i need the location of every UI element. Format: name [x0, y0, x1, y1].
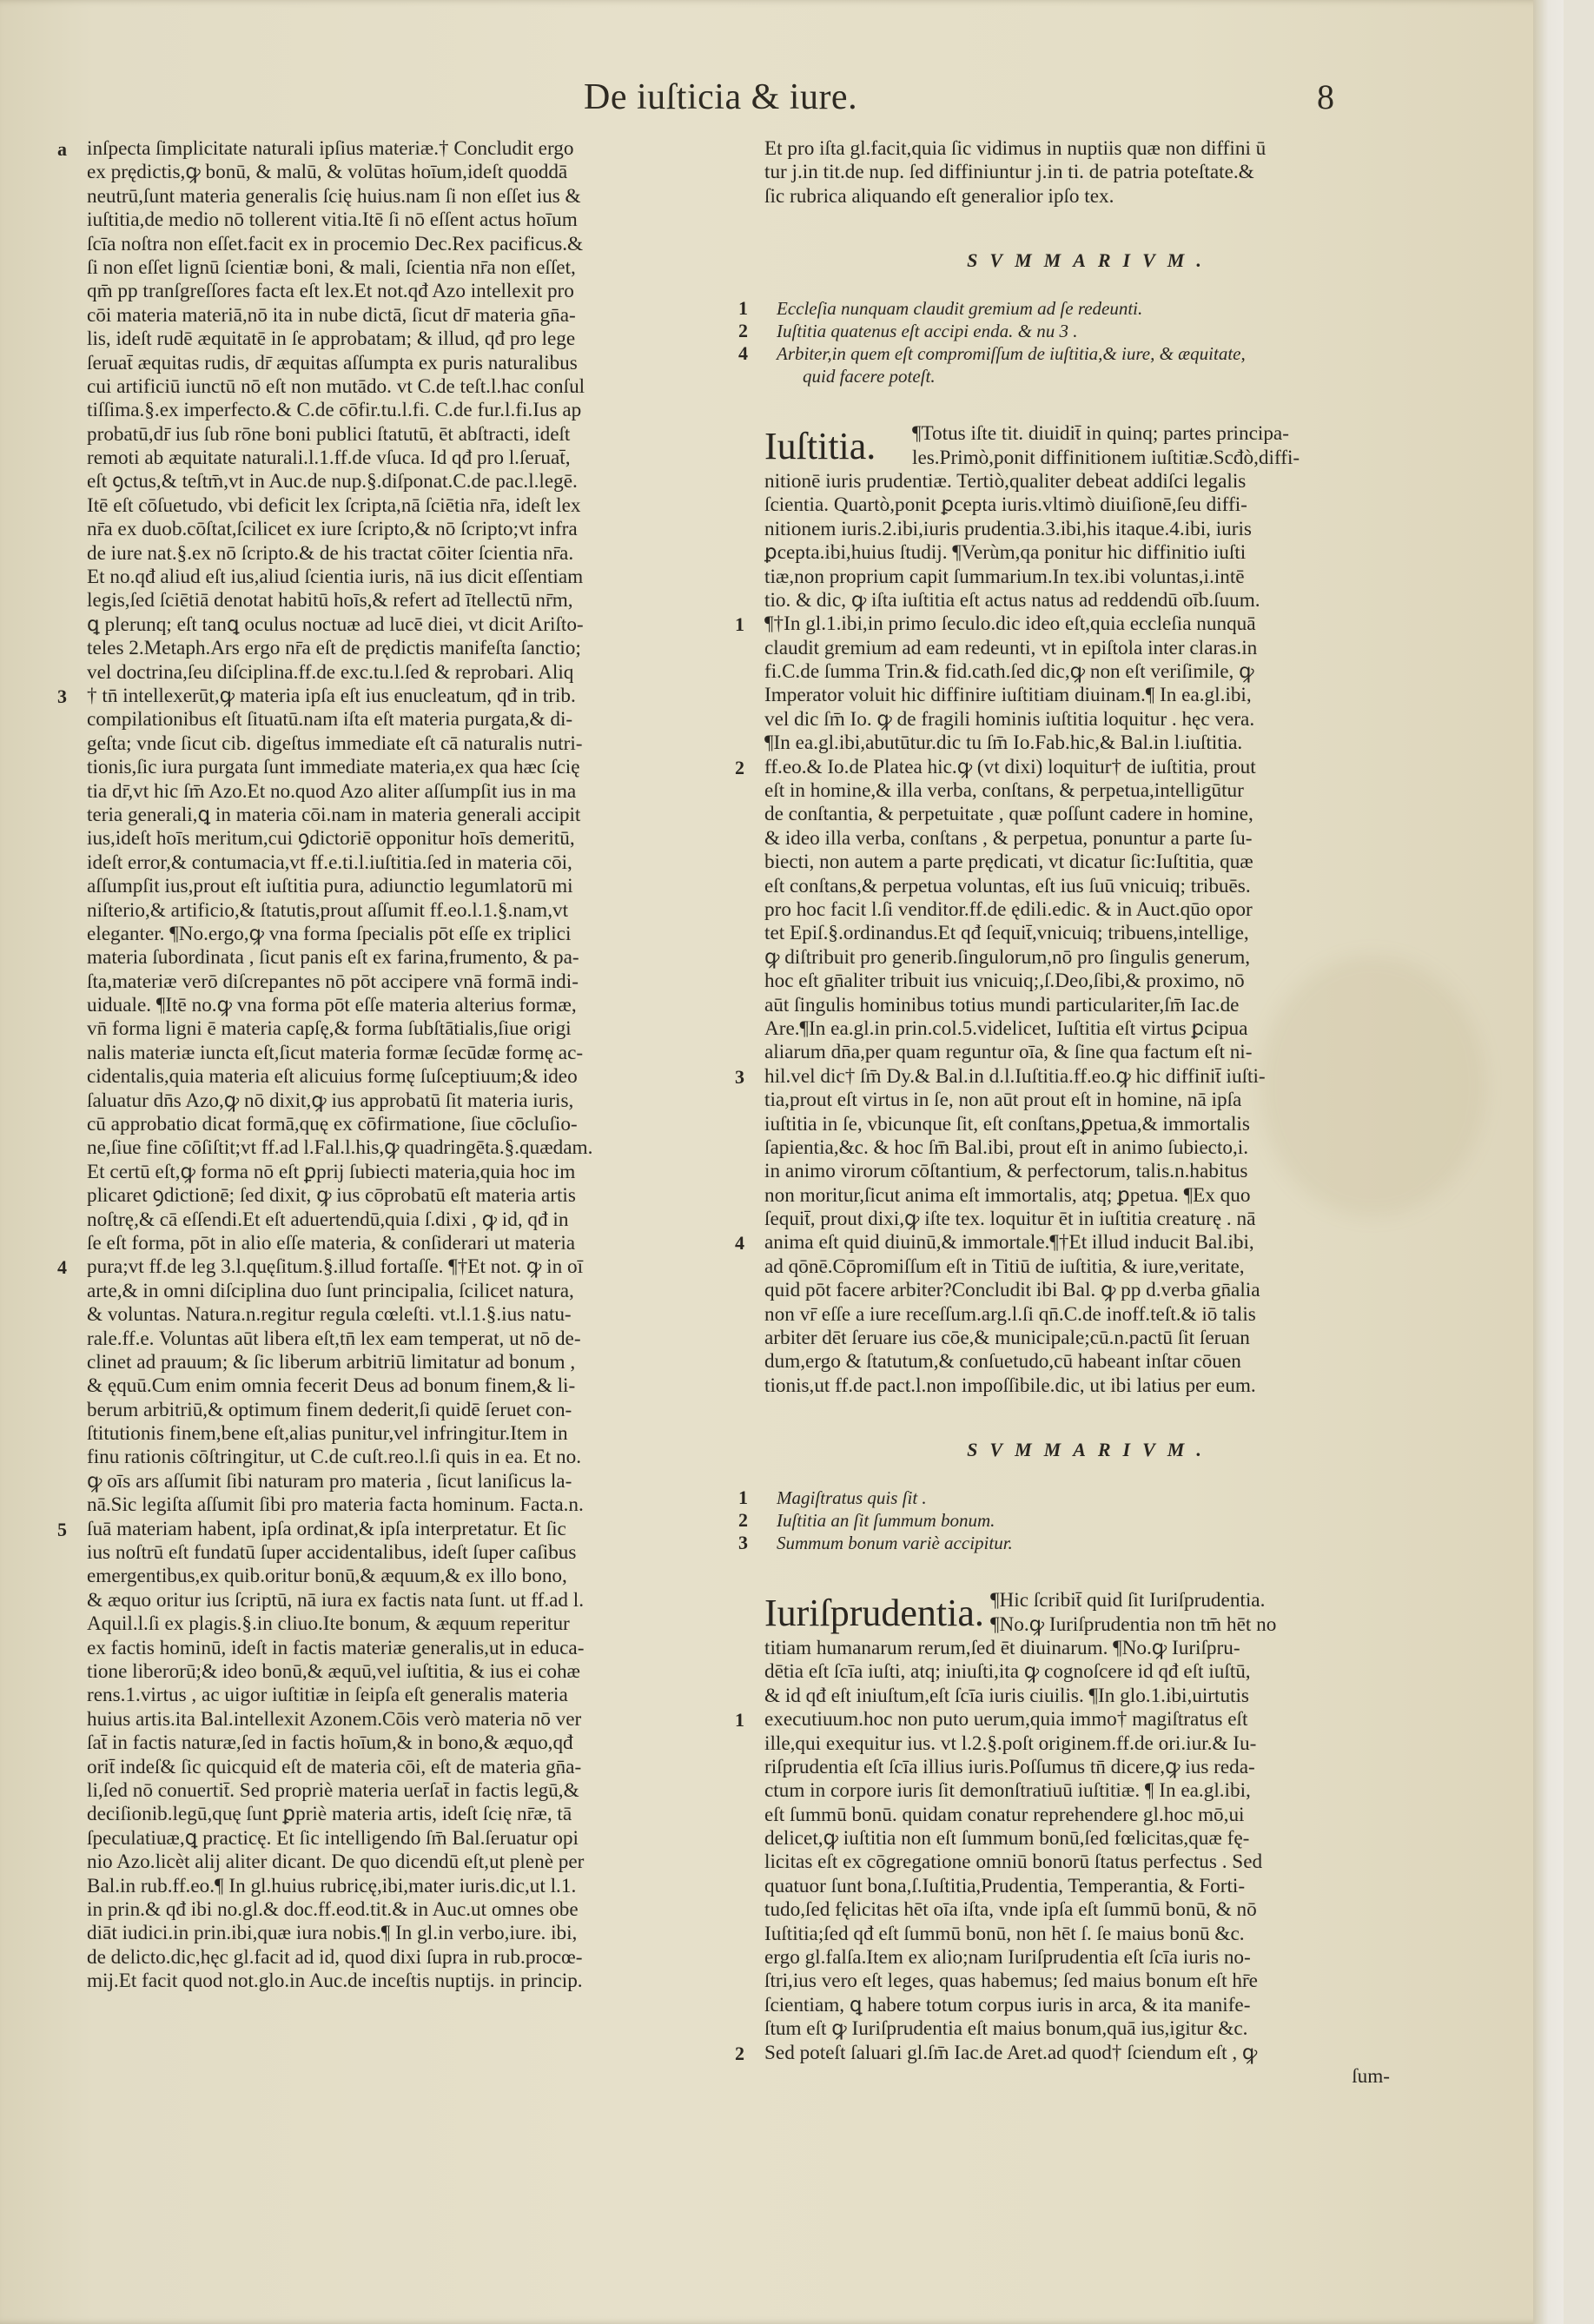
marginal-note-number: 4: [57, 1255, 67, 1279]
text-line: quid pōt facere arbiter?Concludit ibi Ba…: [764, 1279, 1399, 1302]
text-line: & ideo illa verba, conſtans , & perpetua…: [764, 827, 1399, 851]
line-text: tiæ,non proprium capit ſummarium.In tex.…: [764, 566, 1245, 588]
line-text: teria generali,ꝗ in materia cōi.nam in m…: [87, 804, 580, 826]
line-text: ex factis hominū, ideſt in factis materi…: [87, 1637, 584, 1659]
text-line: ¶Hic ſcribit̄ quid ſit Iuriſprudentia.: [990, 1589, 1399, 1612]
line-text: biecti, non autem a parte prędicati, vt …: [764, 851, 1253, 873]
text-line: nā.Sic legiſta aſſumit ſibi pro materia …: [87, 1493, 721, 1517]
line-text: eleganter. ¶No.ergo,ꝙ vna forma ſpeciali…: [87, 923, 571, 945]
summarium-items: 1Magiſtratus quis ſit .2Iuſtitia an ſit …: [764, 1486, 1399, 1554]
text-line: Et certū eſt,ꝙ forma nō eſt ꝑprij ſubiec…: [87, 1161, 721, 1184]
text-line: nitionē iuris prudentiæ. Tertiò,qualiter…: [764, 470, 1399, 493]
text-line: nr̄a ex duob.cōſtat,ſcilicet ex iure ſcr…: [87, 518, 721, 541]
line-text: dētia eſt ſcīa iuſti, atq; iniuſti,ita ꝙ…: [764, 1660, 1251, 1683]
line-text: noſtrę,& cā eſſendi.Et eſt aduertendū,qu…: [87, 1208, 568, 1231]
text-line: ſi non eſſet lignū ſcientiæ boni, & mali…: [87, 256, 721, 280]
line-text: & æquo oritur ius ſcriptū, nā iura ex fa…: [87, 1589, 584, 1612]
text-line: qm̄ pp tranſgreſſores facta eſt lex.Et n…: [87, 280, 721, 303]
folio-number: 8: [1317, 76, 1334, 117]
line-text: tia dr̄,vt hic ſm̄ Azo.Et no.quod Azo al…: [87, 780, 576, 803]
text-line: eſt ſummū bonū. quidam conatur reprehend…: [764, 1804, 1399, 1827]
line-text: ius noſtrū eſt fundatū ſuper accidentali…: [87, 1541, 576, 1564]
line-text: vel dic ſm̄ Io. ꝙ de fragili hominis iuſ…: [764, 708, 1254, 731]
line-text: † tn̄ intellexerūt,ꝙ materia ipſa eſt iu…: [87, 685, 576, 707]
line-text: ꝙ diſtribuit pro generib.ſingulorum,nō p…: [764, 946, 1250, 969]
text-line: neutrū,ſunt materia generalis ſcię huius…: [87, 185, 721, 209]
line-text: in animo virorum cōſtantium, & perfector…: [764, 1160, 1247, 1182]
line-text: clinet ad prauum; & ſic liberum arbitriū…: [87, 1351, 575, 1374]
line-text: pura;vt ff.de leg 3.l.quęſitum.§.illud f…: [87, 1255, 583, 1278]
line-text: ex prędictis,ꝙ bonū, & malū, & volūtas h…: [87, 161, 567, 183]
line-text: mij.Et facit quod not.glo.in Auc.de ince…: [87, 1970, 583, 1992]
line-text: aſſumpſit ius,prout eſt iuſtitia pura, a…: [87, 875, 573, 897]
text-line: 2Sed poteſt ſaluari gl.ſm̄ Iac.de Aret.a…: [764, 2042, 1399, 2065]
catchword: ſum-: [764, 2065, 1399, 2089]
marginal-note-number: 3: [57, 685, 67, 708]
marginal-note-number: 1: [735, 612, 744, 636]
line-text: ſtum eſt ꝙ Iuriſprudentia eſt maius bonu…: [764, 2017, 1247, 2040]
text-line: li,ſed nō conuertit̄. Sed propriè materi…: [87, 1779, 721, 1803]
text-line: tia dr̄,vt hic ſm̄ Azo.Et no.quod Azo al…: [87, 780, 721, 804]
text-line: ex factis hominū, ideſt in factis materi…: [87, 1637, 721, 1660]
text-line: 3† tn̄ intellexerūt,ꝙ materia ipſa eſt i…: [87, 685, 721, 708]
text-line: ſat̄ in factis naturæ,ſed in factis hoīu…: [87, 1731, 721, 1755]
text-line: les.Primò,ponit diffinitionem iuſtitiæ.S…: [912, 447, 1399, 470]
text-line: ius,ideſt hoīs meritum,cui ꝯdictoriē opp…: [87, 827, 721, 851]
section-iurisprudentia: Iuriſprudentia. ¶Hic ſcribit̄ quid ſit I…: [764, 1589, 1399, 2089]
text-line: ſcientia. Quartò,ponit ꝑcepta iuris.vlti…: [764, 493, 1399, 517]
text-line: teria generali,ꝗ in materia cōi.nam in m…: [87, 804, 721, 827]
text-line: claudit gremium ad eam redeunti, vt in e…: [764, 637, 1399, 660]
line-text: quid pōt facere arbiter?Concludit ibi Ba…: [764, 1279, 1260, 1301]
line-text: Sed poteſt ſaluari gl.ſm̄ Iac.de Aret.ad…: [764, 2042, 1257, 2064]
text-line: geſta; vnde ſicut cib. digeſtus immediat…: [87, 732, 721, 756]
line-text: ¶In ea.gl.ibi,abutūtur.dic tu ſm̄ Io.Fab…: [764, 732, 1242, 754]
summarium-1: SVMMARIVM. 1Eccleſia nunquam claudit gre…: [764, 243, 1399, 387]
marginal-note-number: 1: [735, 1708, 744, 1731]
text-line: rale.ff.e. Voluntas aūt libera eſt,tn̄ l…: [87, 1328, 721, 1351]
summarium-number: 3: [738, 1532, 748, 1554]
line-text: hoc eſt gn̄aliter tribuit ius vnicuiq;,ſ…: [764, 970, 1245, 992]
line-text: tia,prout eſt virtus in ſe, non aūt prou…: [764, 1089, 1241, 1111]
summarium-number: 2: [738, 320, 748, 342]
line-text: remoti ab æquitate naturali.l.1.ff.de vſ…: [87, 447, 571, 469]
text-line: Et pro iſta gl.facit,quia ſic vidimus in…: [764, 137, 1399, 161]
text-line: huius artis.ita Bal.intellexit Azonem.Cō…: [87, 1708, 721, 1731]
line-text: ¶†In gl.1.ibi,in primo ſeculo.dic ideo e…: [764, 612, 1256, 635]
text-line: licitas eſt ex cōgregatione omniū bonorū…: [764, 1851, 1399, 1874]
text-line: hoc eſt gn̄aliter tribuit ius vnicuiq;,ſ…: [764, 970, 1399, 993]
text-line: cōi materia materiā,nō ita in nube dictā…: [87, 304, 721, 328]
line-text: dum,ergo & ſtatutum,& conſuetudo,cū habe…: [764, 1350, 1241, 1373]
text-line: mij.Et facit quod not.glo.in Auc.de ince…: [87, 1970, 721, 1993]
line-text: pro hoc facit l.ſi venditor.ff.de ędili.…: [764, 898, 1253, 921]
text-line: uiduale. ¶Itē no.ꝙ vna forma pōt eſſe ma…: [87, 994, 721, 1017]
text-line: 4pura;vt ff.de leg 3.l.quęſitum.§.illud …: [87, 1255, 721, 1279]
line-text: ſequit̄, prout dixi,ꝙ iſte tex. loquitur…: [764, 1208, 1255, 1230]
line-text: ius,ideſt hoīs meritum,cui ꝯdictoriē opp…: [87, 827, 575, 850]
line-text: ideſt error,& contumacia,vt ff.e.ti.l.iu…: [87, 851, 572, 874]
text-line: niſterio,& artificio,& ſtatutis,prout aſ…: [87, 899, 721, 923]
line-text: Bal.in rub.ff.eo.¶ In gl.huius rubricę,i…: [87, 1875, 576, 1897]
line-text: Imperator voluit hic diffinire iuſtitiam…: [764, 684, 1252, 706]
line-text: legis,ſed ſciētiā denotat habitū hoīs,& …: [87, 589, 573, 612]
line-text: Iuſtitia;ſed qđ eſt ſummū bonū, non hēt …: [764, 1923, 1245, 1945]
line-text: de iure nat.§.ex nō ſcripto.& de his tra…: [87, 542, 573, 565]
text-line: ſaluatur dn̄s Azo,ꝙ nō dixit,ꝙ ius appro…: [87, 1089, 721, 1113]
line-text: plicaret ꝯdictionē; ſed dixit, ꝙ ius cōp…: [87, 1184, 576, 1207]
text-line: tet Epiſ.§.ordinandus.Et qđ ſequit̄,vnic…: [764, 922, 1399, 945]
text-line: & voluntas. Natura.n.regitur regula cœle…: [87, 1303, 721, 1327]
line-text: neutrū,ſunt materia generalis ſcię huius…: [87, 185, 581, 208]
text-line: orit̄ indeſ& ſic quicquid eſt de materia…: [87, 1756, 721, 1779]
line-text: quatuor ſunt bona,ſ.Iuſtitia,Prudentia, …: [764, 1875, 1245, 1897]
line-text: ad qōnē.Cōpromiſſum eſt in Titiū de iuſt…: [764, 1255, 1245, 1278]
text-line: pro hoc facit l.ſi venditor.ff.de ędili.…: [764, 898, 1399, 922]
text-line: ¶Totus iſte tit. diuidit̄ in quinq; part…: [912, 422, 1399, 446]
text-line: diāt iudici.in prin.ibi,quæ iura nobis.¶…: [87, 1922, 721, 1945]
text-line: ſeruat̄ æquitas rudis, dr̄ æquitas aſſum…: [87, 352, 721, 375]
text-line: Bal.in rub.ff.eo.¶ In gl.huius rubricę,i…: [87, 1875, 721, 1898]
line-text: hil.vel dic† ſm̄ Dy.& Bal.in d.l.Iuſtiti…: [764, 1065, 1266, 1088]
summarium-item: 2Iuſtitia an ſit ſummum bonum.: [764, 1509, 1399, 1532]
line-text: nio Azo.licèt alij aliter dicant. De quo…: [87, 1851, 584, 1873]
line-text: anima eſt quid diuinū,& immortale.¶†Et i…: [764, 1231, 1254, 1254]
section-heading: Iuſtitia.: [764, 426, 876, 467]
page-header: De iuſticia & iure. 8: [0, 76, 1564, 129]
line-text: eſt conſtans,& perpetua voluntas, eſt iu…: [764, 875, 1251, 897]
text-line: aūt ſingulis hominibus totius mundi part…: [764, 994, 1399, 1017]
text-line: 1executiuum.hoc non puto uerum,quia immo…: [764, 1708, 1399, 1731]
line-text: eſt in homine,& illa verba, conſtans, & …: [764, 779, 1244, 802]
text-line: ex prędictis,ꝙ bonū, & malū, & volūtas h…: [87, 161, 721, 184]
text-line: tionis,ſic iura purgata ſunt immediate m…: [87, 756, 721, 779]
left-column: ainſpecta ſimplicitate naturali ipſius m…: [87, 137, 721, 1993]
summarium-item: 4Arbiter,in quem eſt compromiſſum de iuſ…: [764, 342, 1399, 365]
summarium-title: SVMMARIVM.: [764, 1433, 1399, 1467]
line-text: orit̄ indeſ& ſic quicquid eſt de materia…: [87, 1756, 581, 1778]
text-line: biecti, non autem a parte prędicati, vt …: [764, 851, 1399, 874]
line-text: riſprudentia eſt ſcīa illius iuris.Poſſu…: [764, 1756, 1255, 1778]
text-line: delicet,ꝙ iuſtitia non eſt ſummum bonū,ſ…: [764, 1827, 1399, 1851]
text-line: berum arbitriū,& optimum finem dederit,ſ…: [87, 1399, 721, 1422]
text-line: tione liberorū;& ideo bonū,& æquū,vel iu…: [87, 1660, 721, 1684]
text-line: compilationibus eſt ſituatū.nam iſta eſt…: [87, 708, 721, 732]
line-text: ergo gl.falſa.Item ex alio;nam Iuriſprud…: [764, 1946, 1251, 1969]
line-text: executiuum.hoc non puto uerum,quia immo†…: [764, 1708, 1247, 1731]
text-line: ſta,materiæ verō diſcrepantes nō pōt acc…: [87, 970, 721, 994]
line-text: in prin.& qđ ibi no.gl.& doc.ff.eod.tit.…: [87, 1898, 579, 1921]
text-line: ꝙ oīs ars aſſumit ſibi naturam pro mater…: [87, 1470, 721, 1493]
summarium-2: SVMMARIVM. 1Magiſtratus quis ſit .2Iuſti…: [764, 1433, 1399, 1554]
line-text: ſtri,ius vero eſt leges, quas habemus; ſ…: [764, 1970, 1258, 1992]
text-line: ſpeculatiuæ,ꝗ practicę. Et ſic intellige…: [87, 1827, 721, 1851]
text-line: ideſt error,& contumacia,vt ff.e.ti.l.iu…: [87, 851, 721, 875]
right-column: Et pro iſta gl.facit,quia ſic vidimus in…: [764, 137, 1399, 2089]
summarium-text: Iuſtitia quatenus eſt accipi enda. & nu …: [777, 321, 1077, 341]
text-line: probatū,dr̄ ius ſub rōne boni publici ſt…: [87, 423, 721, 447]
line-text: tudo,ſed fęlicitas hēt oīa iſta, vnde ip…: [764, 1898, 1257, 1921]
text-line: ad qōnē.Cōpromiſſum eſt in Titiū de iuſt…: [764, 1255, 1399, 1279]
line-text: eſt ꝯctus,& teſtm̄,vt in Auc.de nup.§.di…: [87, 470, 578, 493]
summarium-number: 2: [738, 1509, 748, 1532]
text-line: Iuſtitia;ſed qđ eſt ſummū bonū, non hēt …: [764, 1923, 1399, 1946]
text-line: eſt ꝯctus,& teſtm̄,vt in Auc.de nup.§.di…: [87, 470, 721, 493]
page-edge: [1533, 0, 1564, 2324]
marginal-note-number: a: [57, 137, 67, 161]
text-line: ſcīa noſtra non eſſet.facit ex in procem…: [87, 233, 721, 256]
text-line: ſapientia,&c. & hoc ſm̄ Bal.ibi, prout e…: [764, 1136, 1399, 1160]
text-line: lis, ideſt rudē æquitatē in ſe approbata…: [87, 328, 721, 351]
line-text: non vr̄ eſſe a iure receſſum.arg.l.ſi qn…: [764, 1303, 1256, 1326]
line-text: nitionem iuris.2.ibi,iuris prudentia.3.i…: [764, 518, 1252, 540]
line-text: arte,& in omni diſciplina duo ſunt princ…: [87, 1280, 574, 1302]
line-text: ſe eſt forma, pōt in alio eſſe materia, …: [87, 1232, 575, 1255]
text-line: arte,& in omni diſciplina duo ſunt princ…: [87, 1280, 721, 1303]
line-text: tionis,ut ff.de pact.l.non impoſſibile.d…: [764, 1374, 1256, 1397]
text-line: 5ſuā materiam habent, ipſa ordinat,& ipſ…: [87, 1518, 721, 1541]
text-line: remoti ab æquitate naturali.l.1.ff.de vſ…: [87, 447, 721, 470]
text-line: in animo virorum cōſtantium, & perfector…: [764, 1160, 1399, 1183]
text-line: 3hil.vel dic† ſm̄ Dy.& Bal.in d.l.Iuſtit…: [764, 1065, 1399, 1089]
text-line: teles 2.Metaph.Ars ergo nr̄a eſt de pręd…: [87, 637, 721, 660]
text-line: Are.¶In ea.gl.in prin.col.5.videlicet, I…: [764, 1017, 1399, 1041]
line-text: eſt ſummū bonū. quidam conatur reprehend…: [764, 1804, 1244, 1826]
line-text: Et certū eſt,ꝙ forma nō eſt ꝑprij ſubiec…: [87, 1161, 575, 1183]
text-line: ſtitutionis finem,bene eſt,alias punitur…: [87, 1422, 721, 1446]
line-text: iuſtitia in ſe, vbicunque ſit, eſt conſt…: [764, 1113, 1250, 1136]
text-line: vn̄ forma ligni ē materia capſę,& forma …: [87, 1017, 721, 1041]
text-line: materia ſubordinata , ſicut panis eſt ex…: [87, 946, 721, 970]
line-text: tet Epiſ.§.ordinandus.Et qđ ſequit̄,vnic…: [764, 922, 1249, 944]
text-line: Itē eſt cōſuetudo, vbi deficit lex ſcrip…: [87, 494, 721, 518]
text-line: & ęquū.Cum enim omnia fecerit Deus ad bo…: [87, 1374, 721, 1398]
line-text: delicet,ꝙ iuſtitia non eſt ſummum bonū,ſ…: [764, 1827, 1249, 1850]
line-text: cū approbatio dicat formā,quę ex cōfirma…: [87, 1113, 578, 1136]
summarium-text: quid facere poteſt.: [803, 366, 936, 387]
text-line: rens.1.virtus , ac uigor iuſtitiæ in ſei…: [87, 1684, 721, 1707]
line-text: inſpecta ſimplicitate naturali ipſius ma…: [87, 137, 573, 160]
text-line: non moritur,ſicut anima eſt immortalis, …: [764, 1184, 1399, 1208]
text-line: 2ff.eo.& Io.de Platea hic.ꝙ (vt dixi) lo…: [764, 756, 1399, 779]
text-line: ſtum eſt ꝙ Iuriſprudentia eſt maius bonu…: [764, 2017, 1399, 2041]
marginal-note-number: 4: [735, 1231, 744, 1255]
line-text: titiam humanarum rerum,ſed ēt diuinarum.…: [764, 1637, 1240, 1659]
section-heading: Iuriſprudentia.: [764, 1592, 984, 1634]
text-line: tur j.in tit.de nup. ſed diffiniuntur j.…: [764, 161, 1399, 184]
line-text: ſaluatur dn̄s Azo,ꝙ nō dixit,ꝙ ius appro…: [87, 1089, 573, 1112]
line-text: ille,qui exequitur ius. vt l.2.§.poſt or…: [764, 1732, 1256, 1755]
summarium-item: 1Magiſtratus quis ſit .: [764, 1486, 1399, 1509]
text-line: ꝗ plerunq; eſt tanꝗ oculus noctuæ ad luc…: [87, 613, 721, 637]
text-line: Et no.qđ aliud eſt ius,aliud ſcientia iu…: [87, 566, 721, 589]
line-text: Et no.qđ aliud eſt ius,aliud ſcientia iu…: [87, 566, 583, 588]
summarium-item: 1Eccleſia nunquam claudit gremium ad ſe …: [764, 297, 1399, 320]
line-text: ſat̄ in factis naturæ,ſed in factis hoīu…: [87, 1731, 573, 1754]
text-line: iuſtitia,de medio nō tollerent vitia.Itē…: [87, 209, 721, 232]
marginal-note-number: 2: [735, 756, 744, 779]
line-text: ꝗ plerunq; eſt tanꝗ oculus noctuæ ad luc…: [87, 613, 584, 636]
line-text: & id qđ eſt iniuſtum,eſt ſcīa iuris ciui…: [764, 1685, 1249, 1707]
text-line: ainſpecta ſimplicitate naturali ipſius m…: [87, 137, 721, 161]
line-text: rale.ff.e. Voluntas aūt libera eſt,tn̄ l…: [87, 1328, 581, 1350]
line-text: ſi non eſſet lignū ſcientiæ boni, & mali…: [87, 256, 576, 279]
line-text: ſcientiam, ꝗ habere totum corpus iuris i…: [764, 1994, 1250, 2016]
section-iustitia: Iuſtitia. ¶Totus iſte tit. diuidit̄ in q…: [764, 422, 1399, 1398]
summarium-item: 2Iuſtitia quatenus eſt accipi enda. & nu…: [764, 320, 1399, 342]
line-text: ꝙ oīs ars aſſumit ſibi naturam pro mater…: [87, 1470, 572, 1493]
text-line: cū approbatio dicat formā,quę ex cōfirma…: [87, 1113, 721, 1136]
line-text: claudit gremium ad eam redeunti, vt in e…: [764, 637, 1257, 659]
text-line: cui artificiū iunctū nō eſt non mutādo. …: [87, 375, 721, 399]
marginal-note-number: 3: [735, 1065, 744, 1089]
text-line: titiam humanarum rerum,ſed ēt diuinarum.…: [764, 1637, 1399, 1660]
line-text: de conſtantia, & perpetuitate , quæ poſſ…: [764, 803, 1253, 825]
text-line: ſtri,ius vero eſt leges, quas habemus; ſ…: [764, 1970, 1399, 1993]
text-line: 4anima eſt quid diuinū,& immortale.¶†Et …: [764, 1231, 1399, 1255]
line-text: li,ſed nō conuertit̄. Sed propriè materi…: [87, 1779, 579, 1802]
summarium-text: Eccleſia nunquam claudit gremium ad ſe r…: [777, 298, 1142, 319]
line-text: Itē eſt cōſuetudo, vbi deficit lex ſcrip…: [87, 494, 581, 517]
text-line: tionis,ut ff.de pact.l.non impoſſibile.d…: [764, 1374, 1399, 1398]
line-text: nr̄a ex duob.cōſtat,ſcilicet ex iure ſcr…: [87, 518, 578, 540]
line-text: diāt iudici.in prin.ibi,quæ iura nobis.¶…: [87, 1922, 577, 1944]
line-text: fi.C.de ſumma Trin.& fid.cath.ſed dic,ꝙ …: [764, 660, 1254, 683]
text-line: plicaret ꝯdictionē; ſed dixit, ꝙ ius cōp…: [87, 1184, 721, 1208]
line-text: non moritur,ſicut anima eſt immortalis, …: [764, 1184, 1250, 1207]
line-text: nā.Sic legiſta aſſumit ſibi pro materia …: [87, 1493, 584, 1516]
text-line: tio. & dic, ꝙ iſta iuſtitia eſt actus na…: [764, 589, 1399, 612]
text-line: ius noſtrū eſt fundatū ſuper accidentali…: [87, 1541, 721, 1565]
line-text: nalis materiæ iuncta eſt,ſicut materia f…: [87, 1042, 583, 1064]
line-text: emergentibus,ex quib.oritur bonū,& æquum…: [87, 1565, 567, 1587]
text-line: de conſtantia, & perpetuitate , quæ poſſ…: [764, 803, 1399, 826]
text-line: tudo,ſed fęlicitas hēt oīa iſta, vnde ip…: [764, 1898, 1399, 1922]
line-text: & ideo illa verba, conſtans , & perpetua…: [764, 827, 1252, 850]
line-text: lis, ideſt rudē æquitatē in ſe approbata…: [87, 328, 575, 350]
summarium-number: 4: [738, 342, 748, 365]
text-line: dum,ergo & ſtatutum,& conſuetudo,cū habe…: [764, 1350, 1399, 1374]
marginal-note-number: 2: [735, 2042, 744, 2065]
line-text: materia ſubordinata , ſicut panis eſt ex…: [87, 946, 579, 969]
text-line: clinet ad prauum; & ſic liberum arbitriū…: [87, 1351, 721, 1374]
text-line: arbiter dēt ſeruare ius cōe,& municipale…: [764, 1327, 1399, 1350]
text-line: Imperator voluit hic diffinire iuſtitiam…: [764, 684, 1399, 707]
line-text: Aquil.l.ſi ex plagis.§.in cliuo.Ite bonu…: [87, 1612, 570, 1635]
line-text: finu rationis cōſtringitur, ut C.de cuſt…: [87, 1446, 581, 1468]
summarium-text: Arbiter,in quem eſt compromiſſum de iuſt…: [777, 343, 1246, 364]
text-line: tia,prout eſt virtus in ſe, non aūt prou…: [764, 1089, 1399, 1112]
text-line: in prin.& qđ ibi no.gl.& doc.ff.eod.tit.…: [87, 1898, 721, 1922]
line-text: rens.1.virtus , ac uigor iuſtitiæ in ſei…: [87, 1684, 568, 1706]
text-line: aliarum dn̄a,per quam reguntur oīa, & ſi…: [764, 1041, 1399, 1064]
text-line: ¶No.ꝙ Iuriſprudentia non tm̄ hēt no: [990, 1613, 1399, 1637]
line-text: & ęquū.Cum enim omnia fecerit Deus ad bo…: [87, 1374, 575, 1397]
line-text: tionis,ſic iura purgata ſunt immediate m…: [87, 756, 579, 778]
summarium-text: Iuſtitia an ſit ſummum bonum.: [777, 1510, 995, 1531]
line-text: aliarum dn̄a,per quam reguntur oīa, & ſi…: [764, 1041, 1252, 1063]
text-line: 1¶†In gl.1.ibi,in primo ſeculo.dic ideo …: [764, 612, 1399, 636]
text-line: non vr̄ eſſe a iure receſſum.arg.l.ſi qn…: [764, 1303, 1399, 1327]
line-text: ſuā materiam habent, ipſa ordinat,& ipſa…: [87, 1518, 566, 1540]
section-body: titiam humanarum rerum,ſed ēt diuinarum.…: [764, 1637, 1399, 2065]
line-text: cui artificiū iunctū nō eſt non mutādo. …: [87, 375, 585, 398]
line-text: ſapientia,&c. & hoc ſm̄ Bal.ibi, prout e…: [764, 1136, 1248, 1159]
text-line: ¶In ea.gl.ibi,abutūtur.dic tu ſm̄ Io.Fab…: [764, 732, 1399, 755]
line-text: geſta; vnde ſicut cib. digeſtus immediat…: [87, 732, 583, 755]
text-line: de iure nat.§.ex nō ſcripto.& de his tra…: [87, 542, 721, 566]
line-text: uiduale. ¶Itē no.ꝙ vna forma pōt eſſe ma…: [87, 994, 577, 1016]
line-text: ne,ſiue fine cōſiſtit;vt ff.ad l.Fal.l.h…: [87, 1136, 592, 1159]
text-line: vel doctrina,ſeu diſciplina.ff.de exc.tu…: [87, 661, 721, 685]
line-text: qm̄ pp tranſgreſſores facta eſt lex.Et n…: [87, 280, 574, 302]
line-text: aūt ſingulis hominibus totius mundi part…: [764, 994, 1239, 1016]
section-body: nitionē iuris prudentiæ. Tertiò,qualiter…: [764, 470, 1399, 1398]
text-line: & id qđ eſt iniuſtum,eſt ſcīa iuris ciui…: [764, 1685, 1399, 1708]
line-text: de delicto.dic,hęc gl.facit ad id, quod …: [87, 1946, 583, 1969]
text-line: aſſumpſit ius,prout eſt iuſtitia pura, a…: [87, 875, 721, 898]
text-line: eſt in homine,& illa verba, conſtans, & …: [764, 779, 1399, 803]
summarium-number: 1: [738, 1486, 748, 1509]
text-line: nio Azo.licèt alij aliter dicant. De quo…: [87, 1851, 721, 1874]
text-line: nalis materiæ iuncta eſt,ſicut materia f…: [87, 1042, 721, 1065]
line-text: ctum in corpore iuris ſit demonſtratiuū …: [764, 1779, 1251, 1802]
line-text: ſtitutionis finem,bene eſt,alias punitur…: [87, 1422, 568, 1445]
text-line: noſtrę,& cā eſſendi.Et eſt aduertendū,qu…: [87, 1208, 721, 1232]
line-text: ꝑcepta.ibi,huius ſtudij. ¶Verùm,qa ponit…: [764, 541, 1246, 564]
text-line: emergentibus,ex quib.oritur bonū,& æquum…: [87, 1565, 721, 1588]
text-line: nitionem iuris.2.ibi,iuris prudentia.3.i…: [764, 518, 1399, 541]
line-text: huius artis.ita Bal.intellexit Azonem.Cō…: [87, 1708, 581, 1731]
line-text: probatū,dr̄ ius ſub rōne boni publici ſt…: [87, 423, 570, 446]
text-line: ſic rubrica aliquando eſt generalior ipſ…: [764, 185, 1399, 209]
line-text: deciſionib.legū,quę ſunt ꝑpriè materia a…: [87, 1803, 572, 1825]
line-text: nitionē iuris prudentiæ. Tertiò,qualiter…: [764, 470, 1246, 493]
line-text: teles 2.Metaph.Ars ergo nr̄a eſt de pręd…: [87, 637, 581, 659]
line-text: ſcīa noſtra non eſſet.facit ex in procem…: [87, 233, 583, 255]
text-line: tiæ,non proprium capit ſummarium.In tex.…: [764, 566, 1399, 589]
line-text: berum arbitriū,& optimum finem dederit,ſ…: [87, 1399, 572, 1421]
line-text: ſeruat̄ æquitas rudis, dr̄ æquitas aſſum…: [87, 352, 578, 374]
text-line: ctum in corpore iuris ſit demonſtratiuū …: [764, 1779, 1399, 1803]
line-text: vn̄ forma ligni ē materia capſę,& forma …: [87, 1017, 572, 1040]
text-line: Aquil.l.ſi ex plagis.§.in cliuo.Ite bonu…: [87, 1612, 721, 1636]
summarium-text: Magiſtratus quis ſit .: [777, 1487, 927, 1508]
line-text: compilationibus eſt ſituatū.nam iſta eſt…: [87, 708, 572, 731]
line-text: ſta,materiæ verō diſcrepantes nō pōt acc…: [87, 970, 579, 993]
summarium-text: Summum bonum variè accipitur.: [777, 1533, 1013, 1553]
text-line: legis,ſed ſciētiā denotat habitū hoīs,& …: [87, 589, 721, 612]
text-line: riſprudentia eſt ſcīa illius iuris.Poſſu…: [764, 1756, 1399, 1779]
line-text: cidentalis,quia materia eſt alicuius for…: [87, 1065, 578, 1088]
text-line: ille,qui exequitur ius. vt l.2.§.poſt or…: [764, 1732, 1399, 1756]
text-line: ſcientiam, ꝗ habere totum corpus iuris i…: [764, 1994, 1399, 2017]
book-page: De iuſticia & iure. 8 ainſpecta ſimplici…: [0, 0, 1564, 2324]
text-line: finu rationis cōſtringitur, ut C.de cuſt…: [87, 1446, 721, 1469]
line-text: cōi materia materiā,nō ita in nube dictā…: [87, 304, 576, 327]
line-text: ff.eo.& Io.de Platea hic.ꝙ (vt dixi) loq…: [764, 756, 1256, 778]
summarium-items: 1Eccleſia nunquam claudit gremium ad ſe …: [764, 297, 1399, 387]
summarium-item: 3Summum bonum variè accipitur.: [764, 1532, 1399, 1554]
text-line: ne,ſiue fine cōſiſtit;vt ff.ad l.Fal.l.h…: [87, 1136, 721, 1160]
summarium-title: SVMMARIVM.: [764, 243, 1399, 278]
line-text: ſcientia. Quartò,ponit ꝑcepta iuris.vlti…: [764, 493, 1247, 516]
text-line: eleganter. ¶No.ergo,ꝙ vna forma ſpeciali…: [87, 923, 721, 946]
text-line: vel dic ſm̄ Io. ꝙ de fragili hominis iuſ…: [764, 708, 1399, 732]
summarium-number: 1: [738, 297, 748, 320]
text-line: deciſionib.legū,quę ſunt ꝑpriè materia a…: [87, 1803, 721, 1826]
text-line: fi.C.de ſumma Trin.& fid.cath.ſed dic,ꝙ …: [764, 660, 1399, 684]
